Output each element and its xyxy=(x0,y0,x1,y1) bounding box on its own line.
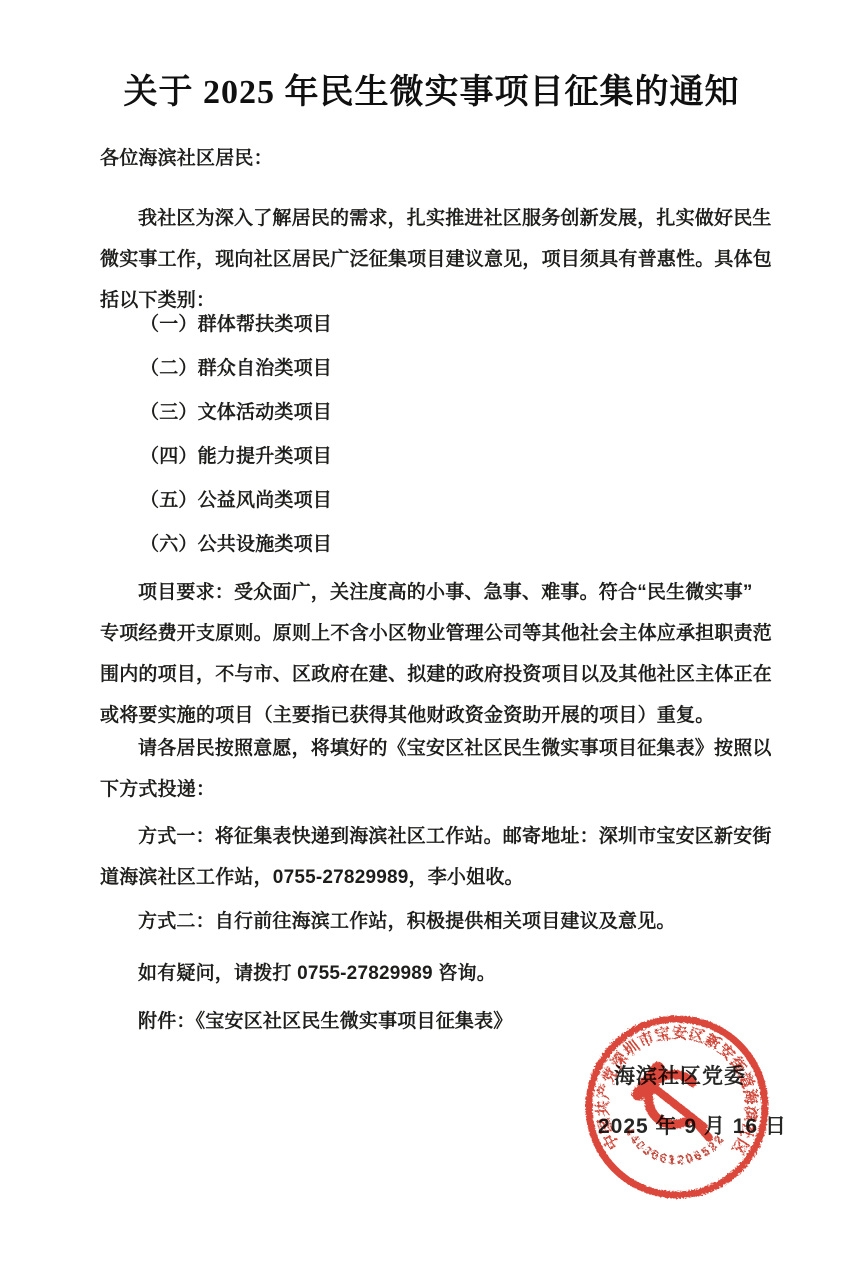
list-item: （六）公共设施类项目 xyxy=(100,523,780,567)
requirements-paragraph: 项目要求：受众面广，关注度高的小事、急事、难事。符合“民生微实事” 专项经费开支… xyxy=(100,572,780,736)
list-item: （三）文体活动类项目 xyxy=(100,391,780,435)
party-emblem-icon xyxy=(635,1063,709,1147)
paragraph-line: 项目要求：受众面广，关注度高的小事、急事、难事。符合“民生微实事” xyxy=(100,572,780,613)
paragraph-line: 下方式投递： xyxy=(100,769,780,810)
list-item: （二）群众自治类项目 xyxy=(100,347,780,391)
official-seal: 中国共产党深圳市宝安区新安街道海滨社区委员会 4403061206522 xyxy=(567,997,787,1217)
hotline-paragraph: 如有疑问，请拨打 0755-27829989 咨询。 xyxy=(100,953,780,994)
seal-graphic: 中国共产党深圳市宝安区新安街道海滨社区委员会 4403061206522 xyxy=(567,997,787,1217)
submission-paragraph: 请各居民按照意愿，将填好的《宝安区社区民生微实事项目征集表》按照以 下方式投递： xyxy=(100,728,780,810)
paragraph-line: 我社区为深入了解居民的需求，扎实推进社区服务创新发展，扎实做好民生 xyxy=(100,198,780,239)
page-title: 关于 2025 年民生微实事项目征集的通知 xyxy=(0,64,863,113)
method-1-paragraph: 方式一：将征集表快递到海滨社区工作站。邮寄地址：深圳市宝安区新安街 道海滨社区工… xyxy=(100,816,780,898)
list-item: （一）群体帮扶类项目 xyxy=(100,303,780,347)
paragraph-line: 方式一：将征集表快递到海滨社区工作站。邮寄地址：深圳市宝安区新安街 xyxy=(100,816,780,857)
list-item: （五）公益风尚类项目 xyxy=(100,479,780,523)
paragraph-line: 专项经费开支原则。原则上不含小区物业管理公司等其他社会主体应承担职责范 xyxy=(100,613,780,654)
paragraph-line: 道海滨社区工作站，0755-27829989，李小姐收。 xyxy=(100,857,780,898)
category-list: （一）群体帮扶类项目 （二）群众自治类项目 （三）文体活动类项目 （四）能力提升… xyxy=(100,303,780,567)
notice-document-page: 关于 2025 年民生微实事项目征集的通知 各位海滨社区居民： 我社区为深入了解… xyxy=(0,0,863,1280)
paragraph-line: 围内的项目，不与市、区政府在建、拟建的政府投资项目以及其他社区主体正在 xyxy=(100,654,780,695)
seal-code-text: 4403061206522 xyxy=(622,1125,728,1167)
method-2-paragraph: 方式二：自行前往海滨工作站，积极提供相关项目建议及意见。 xyxy=(100,901,780,942)
paragraph-line: 微实事工作，现向社区居民广泛征集项目建议意见，项目须具有普惠性。具体包 xyxy=(100,239,780,280)
list-item: （四）能力提升类项目 xyxy=(100,435,780,479)
salutation-text: 各位海滨社区居民： xyxy=(100,138,780,179)
svg-text:4403061206522: 4403061206522 xyxy=(622,1125,728,1167)
salutation: 各位海滨社区居民： xyxy=(100,138,780,179)
paragraph-line: 方式二：自行前往海滨工作站，积极提供相关项目建议及意见。 xyxy=(100,901,780,942)
paragraph-line: 如有疑问，请拨打 0755-27829989 咨询。 xyxy=(100,953,780,994)
paragraph-line: 请各居民按照意愿，将填好的《宝安区社区民生微实事项目征集表》按照以 xyxy=(100,728,780,769)
